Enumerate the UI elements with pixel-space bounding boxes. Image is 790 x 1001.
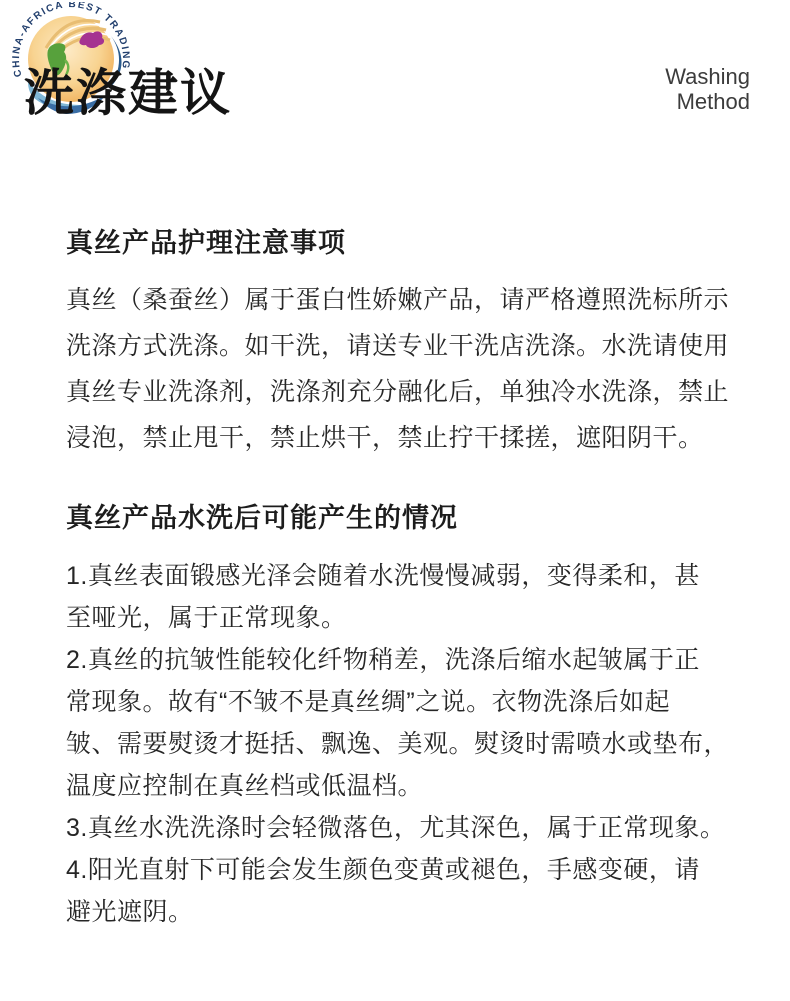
section-body-after-wash: 1.真丝表面锻感光泽会随着水洗慢慢减弱，变得柔和，甚 至哑光，属于正常现象。 2…	[66, 555, 738, 933]
section-heading-care-notes: 真丝产品护理注意事项	[66, 224, 746, 262]
washing-method-label: Washing Method	[665, 64, 750, 114]
page-title: 洗涤建议	[24, 64, 232, 122]
section-heading-after-wash: 真丝产品水洗后可能产生的情况	[66, 499, 746, 537]
section-body-care-notes: 真丝（桑蚕丝）属于蛋白性娇嫩产品，请严格遵照洗标所示 洗涤方式洗涤。如干洗，请送…	[66, 277, 738, 461]
washing-instructions-page: CHINA-AFRICA BEST TRADING PLATFORM 洗涤建议 …	[0, 0, 790, 1001]
